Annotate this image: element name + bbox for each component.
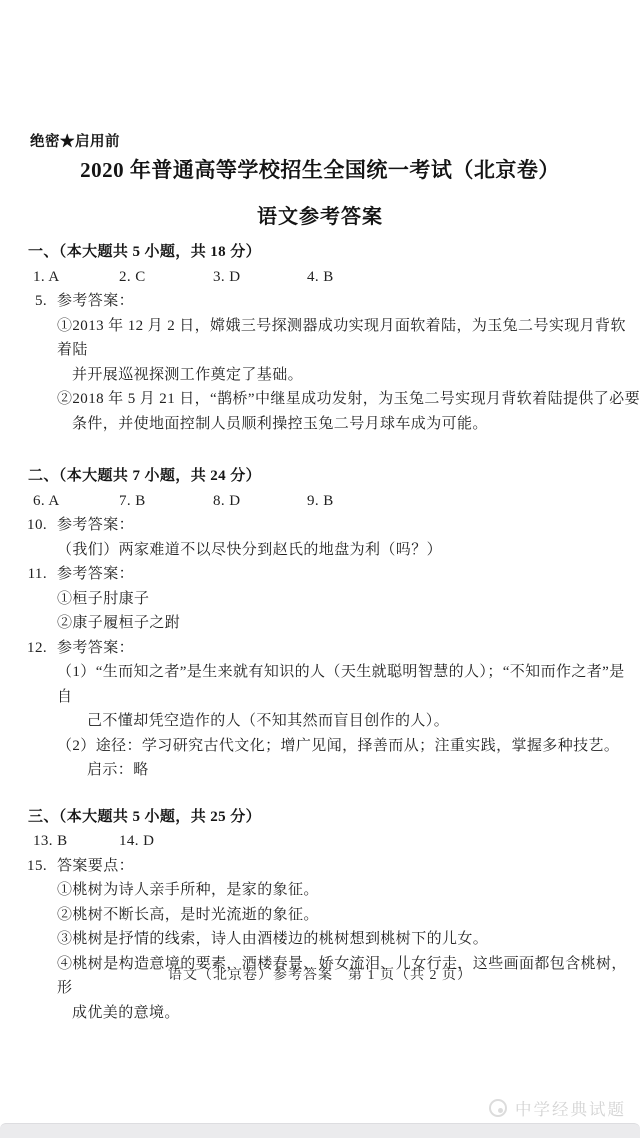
section-1: 一、（本大题共 5 小题，共 18 分） 1. A2. C3. D4. B 5.… [0, 240, 640, 436]
choice-answer-2: 2. C [119, 265, 213, 290]
section-2: 二、（本大题共 7 小题，共 24 分） 6. A7. B8. D9. B 10… [0, 464, 640, 783]
choice-answer-7: 7. B [119, 489, 213, 514]
answer-line: （1）“生而知之者”是生来就有知识的人（天生就聪明智慧的人）；“不知而作之者”是… [0, 660, 640, 709]
item-15-heading: 15.答案要点： [0, 854, 640, 879]
item-number: 15. [0, 854, 47, 879]
choice-answer-8: 8. D [213, 489, 307, 514]
answer-line: 己不懂却凭空造作的人（不知其然而盲目创作的人）。 [0, 709, 640, 734]
answer-key-title: 语文参考答案 [0, 200, 640, 229]
item-11-heading: 11.参考答案： [0, 562, 640, 587]
watermark-logo-icon [489, 1099, 507, 1117]
choice-answer-3: 3. D [213, 265, 307, 290]
choice-answer-9: 9. B [307, 489, 334, 514]
exam-title: 2020 年普通高等学校招生全国统一考试（北京卷） [0, 154, 640, 184]
section-1-choice-row: 1. A2. C3. D4. B [0, 265, 640, 290]
section-3: 三、（本大题共 5 小题，共 25 分） 13. B14. D 15.答案要点：… [0, 805, 640, 1026]
item-title: 参考答案： [57, 640, 134, 656]
answer-line: 成优美的意境。 [0, 1001, 640, 1026]
watermark-label: 中学经典试题 [515, 1096, 626, 1120]
page-footer: 语文（北京卷）参考答案 第 1 页（共 2 页） [0, 964, 640, 984]
item-number: 11. [0, 562, 47, 587]
item-number: 10. [0, 513, 47, 538]
section-3-choice-row: 13. B14. D [0, 829, 640, 854]
item-title: 答案要点： [57, 858, 134, 874]
answer-line: ②康子履桓子之跗 [0, 611, 640, 636]
document-page: 绝密★启用前 2020 年普通高等学校招生全国统一考试（北京卷） 语文参考答案 … [0, 0, 640, 1138]
choice-answer-4: 4. B [307, 265, 334, 290]
answer-line: 条件，并使地面控制人员顺利操控玉兔二号月球车成为可能。 [0, 412, 640, 437]
item-title: 参考答案： [57, 293, 134, 309]
choice-answer-14: 14. D [119, 829, 213, 854]
choice-answer-13: 13. B [33, 829, 119, 854]
item-title: 参考答案： [57, 566, 134, 582]
answer-line: 并开展巡视探测工作奠定了基础。 [0, 363, 640, 388]
section-3-heading: 三、（本大题共 5 小题，共 25 分） [0, 805, 640, 830]
answer-line: ①桃树为诗人亲手所种，是家的象征。 [0, 878, 640, 903]
answer-line: 启示：略 [0, 758, 640, 783]
choice-answer-1: 1. A [33, 265, 119, 290]
answer-line: ②2018 年 5 月 21 日，“鹊桥”中继星成功发射，为玉兔二号实现月背软着… [0, 387, 640, 412]
answer-line: ①桓子肘康子 [0, 587, 640, 612]
watermark: 中学经典试题 [489, 1096, 626, 1120]
section-2-heading: 二、（本大题共 7 小题，共 24 分） [0, 464, 640, 489]
bottom-bar [0, 1123, 640, 1138]
answer-line: （我们）两家难道不以尽快分到赵氏的地盘为利（吗？） [0, 538, 640, 563]
item-number: 12. [0, 636, 47, 661]
classified-label: 绝密★启用前 [30, 130, 120, 151]
item-12-heading: 12.参考答案： [0, 636, 640, 661]
choice-answer-6: 6. A [33, 489, 119, 514]
answer-line: ①2013 年 12 月 2 日，嫦娥三号探测器成功实现月面软着陆，为玉兔二号实… [0, 314, 640, 363]
answer-line: （2）途径：学习研究古代文化；增广见闻，择善而从；注重实践，掌握多种技艺。 [0, 734, 640, 759]
answer-line: ③桃树是抒情的线索，诗人由酒楼边的桃树想到桃树下的儿女。 [0, 927, 640, 952]
answer-line: ②桃树不断长高，是时光流逝的象征。 [0, 903, 640, 928]
section-1-heading: 一、（本大题共 5 小题，共 18 分） [0, 240, 640, 265]
section-2-choice-row: 6. A7. B8. D9. B [0, 489, 640, 514]
item-number: 5. [0, 289, 47, 314]
item-10-heading: 10.参考答案： [0, 513, 640, 538]
item-5-heading: 5.参考答案： [0, 289, 640, 314]
answer-content: 一、（本大题共 5 小题，共 18 分） 1. A2. C3. D4. B 5.… [0, 240, 640, 1025]
item-title: 参考答案： [57, 517, 134, 533]
